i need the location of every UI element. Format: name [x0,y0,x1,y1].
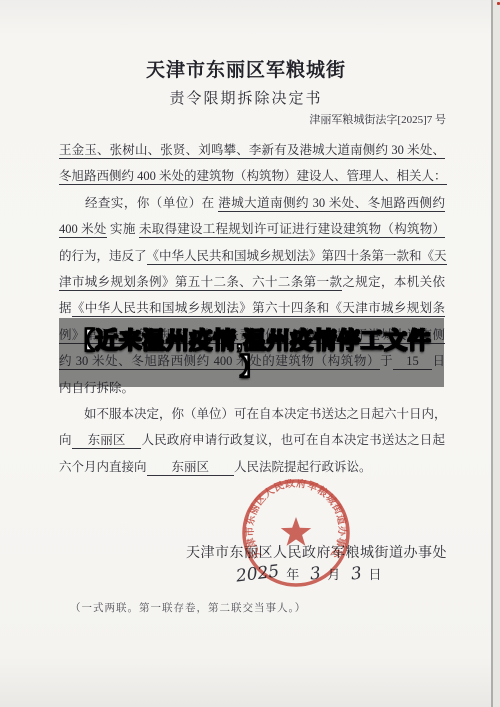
star-icon [281,517,311,546]
plain-text: 人民政府申请行政复议，也可在自本决定书送达之日起 [141,433,445,447]
document-number: 津丽军粮城街法字[2025]7 号 [0,111,446,127]
body-line: 如不服本决定，你（单位）可在自本决定书送达之日起六十日内， [59,401,445,427]
plain-text: 实施 [107,222,139,236]
scanned-document-page: 天津市东丽区军粮城街 责令限期拆除决定书 津丽军粮城街法字[2025]7 号 王… [0,0,500,707]
body-line: 向 东丽区 人民政府申请行政复议，也可在自本决定书送达之日起 [59,427,445,453]
underlined-text: 津市城乡规划条例》第五十二条、六十二条第一款 [59,275,342,291]
underlined-text: 《中华人民共和国城乡规划法》第六十四条和《天津市城乡规划条 [72,301,445,317]
underlined-text: 未取得建设工程规划许可证进行建设建筑物（构筑物） [139,222,445,238]
body-line: 津市城乡规划条例》第五十二条、六十二条第一款之规定，本机关依 [59,269,445,295]
body-lines: 王金玉、张树山、张贤、刘鸣攀、李新有及港城大道南侧约 30 米处、冬旭路西侧约 … [59,137,445,480]
body-line: 冬旭路西侧约 400 米处的建筑物（构筑物）建设人、管理人、相关人： [59,163,445,189]
plain-text: 如不服本决定，你（单位）可在自本决定书送达之日起六十日内， [59,407,447,421]
underlined-text: 《中华人民共和国城乡规划法》第四十条第一款和《天 [147,249,447,265]
body-line: 400 米处 实施 未取得建设工程规划许可证进行建设建筑物（构筑物） [59,216,445,242]
plain-text: 人民法院提起行政诉讼。 [234,460,372,474]
document-title: 责令限期拆除决定书 [0,87,492,108]
plain-text: 六个月内直接向 [59,460,147,474]
handwritten-day: 3 [349,563,362,584]
issuing-authority-title: 天津市东丽区军粮城街 [0,55,492,82]
watermark-caption-band: 【近来温州疫情,温州疫情停工文件 】 [59,318,444,387]
body-line: 王金玉、张树山、张贤、刘鸣攀、李新有及港城大道南侧约 30 米处、 [59,137,445,163]
underlined-text: 东丽区 [72,433,142,449]
body-line: 六个月内直接向 东丽区 人民法院提起行政诉讼。 [59,454,445,480]
underlined-text: 冬旭路西侧约 400 米处的建筑物（构筑物）建设人、管理人、相关人： [59,169,447,185]
plain-text: 向 [59,433,72,447]
plain-text: 据 [59,301,72,315]
underlined-text: 东丽区 [147,460,235,476]
underlined-text: 王金玉、张树山、张贤、刘鸣攀、李新有及港城大道南侧约 30 米处、 [59,143,445,159]
scan-edge-shade [493,0,500,707]
copies-distribution-note: （一式两联。第一联存卷，第二联交当事人。） [70,600,306,615]
plain-text: 经查实，你（单位）在 [59,196,218,210]
official-red-seal: 天津市东丽区人民政府军粮城街道办事处 [242,479,350,587]
underlined-text: 400 米处 [59,222,107,238]
watermark-caption-line2: 】 [240,353,264,379]
day-label: 日 [368,567,381,582]
underlined-text: 港城大道南侧约 30 米处、冬旭路西侧约 [218,196,445,212]
plain-text: 之规定，本机关依 [342,275,445,289]
body-line: 的行为，违反了《中华人民共和国城乡规划法》第四十条第一款和《天 [59,243,445,269]
plain-text: 的行为，违反了 [59,249,147,263]
body-line: 经查实，你（单位）在 港城大道南侧约 30 米处、冬旭路西侧约 [59,190,445,216]
watermark-caption-line1: 【近来温州疫情,温州疫情停工文件 [72,327,431,353]
